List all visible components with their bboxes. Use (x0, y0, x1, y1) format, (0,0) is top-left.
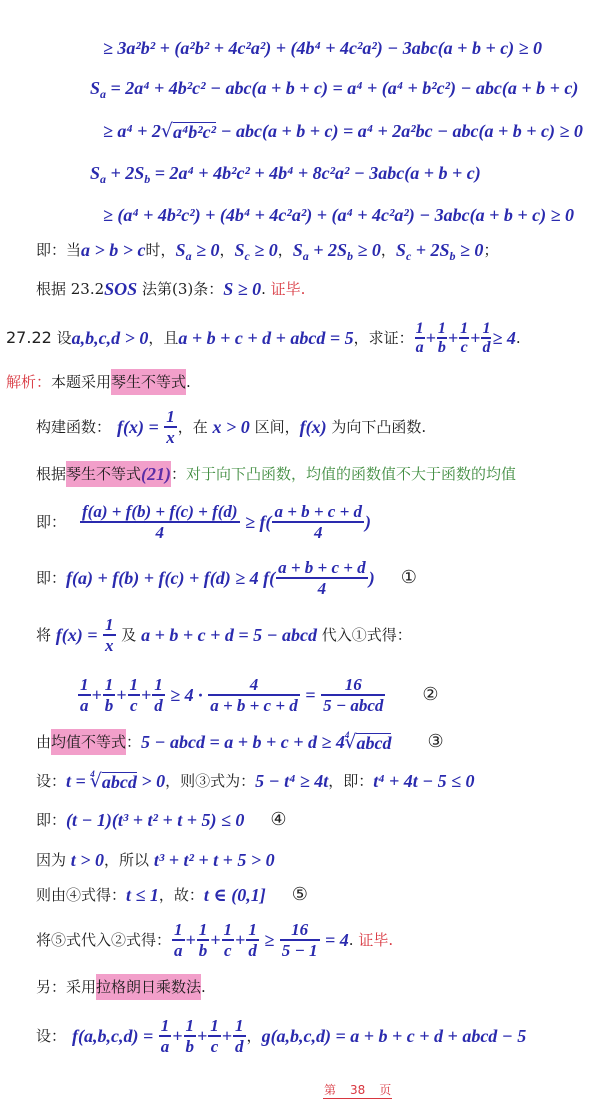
numerator: 16 (343, 676, 364, 693)
math-expression: ) (369, 568, 375, 588)
fourth-root: 4 √ abcd (345, 731, 392, 753)
numerator: 1 (459, 321, 469, 336)
math-expression: f(x) (300, 417, 327, 437)
problem-number: 27.22 (6, 328, 52, 348)
denominator: a + b + c + d (208, 697, 300, 714)
problem-statement: 27.22 设 a,b,c,d > 0 ，且 a + b + c + d + a… (6, 316, 521, 360)
text: 及 (117, 625, 142, 645)
qed-mark: 证毕. (358, 930, 393, 950)
derivation-line-1: ≥ 3a²b² + (a²b² + 4c²a²) + (4b⁴ + 4c²a²)… (103, 26, 542, 70)
operator: + (116, 685, 126, 705)
subscript: c (244, 250, 249, 262)
math-expression: t > 0 (71, 850, 104, 870)
numerator: 1 (103, 676, 116, 693)
highlighted-term: 拉格朗日乘数法 (96, 974, 201, 1000)
math-symbol: S (396, 240, 406, 260)
text: ，故： (159, 885, 204, 905)
derivation-line-2: Sa = 2a⁴ + 4b²c² − abc(a + b + c) = a⁴ +… (90, 66, 578, 110)
math-expression: a + b + c + d + abcd = 5 (178, 328, 353, 348)
term-text: 琴生不等式 (66, 464, 141, 484)
math-expression: a + b + c + d = 5 − abcd (141, 625, 317, 645)
text: 代入①式得： (317, 625, 412, 645)
derivation-line-4: Sa + 2Sb = 2a⁴ + 4b²c² + 4b⁴ + 8c²a² − 3… (90, 151, 481, 195)
text: . (261, 279, 271, 299)
fraction: 1x (103, 616, 116, 653)
fraction: 1b (197, 921, 210, 958)
math-expression: a > b > c (81, 240, 146, 260)
page-number: 38 (350, 1083, 365, 1097)
text: 时， (146, 240, 176, 260)
math-expression: g(a,b,c,d) = a + b + c + d + abcd − 5 (262, 1026, 527, 1046)
conditions-line: 即：当 a > b > c 时， Sa ≥ 0 ， Sc ≥ 0 ， Sa + … (36, 228, 498, 272)
numerator: 1 (103, 616, 116, 633)
fraction: 1a (415, 321, 425, 354)
equation-label: ② (422, 685, 438, 705)
equation-label: ③ (427, 732, 443, 752)
math-symbol: S (234, 240, 244, 260)
numerator: a + b + c + d (276, 559, 368, 576)
math-symbol: S (90, 163, 100, 183)
operator: + (141, 685, 151, 705)
text: 设 (52, 328, 72, 348)
fraction: 1c (222, 921, 235, 958)
denominator: d (481, 340, 491, 355)
numerator: 1 (184, 1017, 197, 1034)
math-expression: t = (66, 771, 90, 791)
equation-1-line: 即： f(a) + f(b) + f(c) + f(d) ≥ 4 f( a + … (36, 556, 417, 600)
math-expression: f(a,b,c,d) = (72, 1026, 158, 1046)
fraction: 1c (208, 1017, 221, 1054)
text: ： (126, 732, 141, 752)
text: 本题采用 (51, 372, 111, 392)
math-expression: f(x) = (56, 625, 102, 645)
substitution-t-line: 设： t = 4 √ abcd > 0 ，则③式为： 5 − t⁴ ≥ 4t ，… (36, 759, 475, 803)
text: 为向下凸函数. (327, 417, 427, 437)
denominator: 5 − 1 (280, 942, 320, 959)
math-expression: f(a) + f(b) + f(c) + f(d) ≥ 4 f( (66, 568, 275, 588)
numerator: 1 (152, 676, 165, 693)
math-expression: x > 0 (213, 417, 250, 437)
math-expression: a,b,c,d > 0 (72, 328, 149, 348)
jensen-form-line: 即： f(a) + f(b) + f(c) + f(d)4 ≥ f( a + b… (36, 500, 371, 544)
text: 另：采用 (36, 977, 96, 997)
text: ，则③式为： (165, 771, 255, 791)
fraction: 1d (246, 921, 259, 958)
text: 则由④式得： (36, 885, 126, 905)
text: 将⑤式代入②式得： (36, 930, 171, 950)
lagrange-setup-line: 设： f(a,b,c,d) = 1a + 1b + 1c + 1d ， g(a,… (36, 1014, 526, 1058)
conclusion-line: 将⑤式代入②式得： 1a + 1b + 1c + 1d ≥ 165 − 1 = … (36, 918, 393, 962)
math-expression: − abc(a + b + c) = a⁴ + 2a²bc − abc(a + … (216, 121, 583, 141)
operator: + (426, 328, 436, 348)
radical-icon: √ (344, 731, 356, 753)
math-expression: = 4 (321, 930, 349, 950)
operator: + (92, 685, 102, 705)
subscript: a (100, 88, 106, 100)
denominator: x (103, 637, 116, 654)
text: 因为 (36, 850, 71, 870)
denominator: x (164, 429, 177, 446)
fraction: 1d (481, 321, 491, 354)
text: ，求证： (354, 328, 414, 348)
denominator: d (152, 697, 165, 714)
fraction: 1b (184, 1017, 197, 1054)
math-expression: t⁴ + 4t − 5 ≤ 0 (373, 771, 474, 791)
denominator: b (103, 697, 116, 714)
text: 设： (36, 1026, 66, 1046)
equation-3-line: 由 均值不等式 ： 5 − abcd = a + b + c + d ≥ 4 4… (36, 720, 444, 764)
numerator: 1 (78, 676, 91, 693)
operator: + (470, 328, 480, 348)
text: 即： (36, 568, 66, 588)
equation-5-line: 则由④式得： t ≤ 1 ，故： t ∈ (0,1] ⑤ (36, 873, 308, 917)
text: 将 (36, 625, 56, 645)
separator: ， (247, 1026, 262, 1046)
denominator: 4 (316, 580, 329, 597)
fraction: 1c (459, 321, 469, 354)
math-expression: t ∈ (0,1] (204, 885, 266, 905)
reference-number: (21) (141, 464, 171, 484)
denominator: b (184, 1038, 197, 1055)
operator: + (448, 328, 458, 348)
qed-mark: 证毕. (271, 279, 306, 299)
highlighted-term: 琴生不等式 (111, 369, 186, 395)
numerator: 1 (164, 408, 177, 425)
fraction: 1a (159, 1017, 172, 1054)
operator: + (210, 930, 220, 950)
equation-2-line: 1a + 1b + 1c + 1d ≥ 4 · 4a + b + c + d =… (77, 673, 439, 717)
math-expression: ≥ 0 (353, 240, 381, 260)
denominator: b (197, 942, 210, 959)
page-footer: 第 38 页 (323, 1083, 392, 1099)
math-expression: ≥ 0 (192, 240, 220, 260)
alternative-method-line: 另：采用 拉格朗日乘数法 . (36, 965, 206, 1009)
denominator: a (159, 1038, 172, 1055)
fraction: 4a + b + c + d (208, 676, 300, 713)
operator: + (186, 930, 196, 950)
denominator: c (460, 340, 469, 355)
subscript: b (144, 173, 150, 185)
math-expression: ≥ f( (241, 512, 272, 532)
math-expression: t ≤ 1 (126, 885, 159, 905)
text: 法第(3)条： (137, 279, 223, 299)
separator: ， (219, 240, 234, 260)
numerator: 1 (233, 1017, 246, 1034)
subscript: a (303, 250, 309, 262)
fraction: a + b + c + d4 (276, 559, 368, 596)
denominator: a (172, 942, 185, 959)
numerator: 1 (481, 321, 491, 336)
numerator: 1 (128, 676, 141, 693)
text: 设： (36, 771, 66, 791)
construct-function-line: 构建函数： f(x) = 1x ，在 x > 0 区间， f(x) 为向下凸函数… (36, 405, 426, 449)
subscript: b (347, 250, 353, 262)
highlighted-term: 琴生不等式(21) (66, 461, 171, 487)
text: . (516, 328, 521, 348)
fraction: 1d (152, 676, 165, 713)
math-expression: > 0 (137, 771, 165, 791)
denominator: d (246, 942, 259, 959)
numerator: 4 (248, 676, 261, 693)
subscript: a (186, 250, 192, 262)
denominator: 4 (154, 524, 167, 541)
fraction: 165 − abcd (321, 676, 385, 713)
numerator: 1 (437, 321, 447, 336)
math-expression: ≥ 4 (492, 328, 515, 348)
math-expression: = 2a⁴ + 4b²c² + 4b⁴ + 8c²a² − 3abc(a + b… (150, 163, 481, 183)
method-name: SOS (104, 279, 137, 299)
denominator: c (209, 1038, 221, 1055)
document-page: ≥ 3a²b² + (a²b² + 4c²a²) + (4b⁴ + 4c²a²)… (0, 0, 601, 1110)
separator: ； (483, 240, 498, 260)
math-expression: ≥ (a⁴ + 4b²c²) + (4b⁴ + 4c²a²) + (a⁴ + 4… (103, 205, 574, 225)
text: . (186, 372, 191, 392)
denominator: c (128, 697, 140, 714)
denominator: b (437, 340, 447, 355)
page-prefix: 第 (324, 1083, 336, 1097)
denominator: 5 − abcd (321, 697, 385, 714)
operator: + (235, 930, 245, 950)
jensen-reference-line: 根据 琴生不等式(21) ： 对于向下凸函数，均值的函数值不大于函数的均值 (36, 452, 516, 496)
fraction: 1b (103, 676, 116, 713)
fraction: 1c (128, 676, 141, 713)
fraction: 1b (437, 321, 447, 354)
square-root: √ a⁴b²c² (161, 120, 216, 142)
equation-label: ① (401, 568, 417, 588)
math-expression: ≥ (260, 930, 279, 950)
equation-label: ④ (270, 810, 286, 830)
subscript: b (450, 250, 456, 262)
text: 根据 23.2 (36, 279, 104, 299)
text: . (201, 977, 206, 997)
derivation-line-3: ≥ a⁴ + 2 √ a⁴b²c² − abc(a + b + c) = a⁴ … (103, 109, 583, 153)
radicand: abcd (102, 772, 137, 792)
math-expression: ) (365, 512, 371, 532)
subscript: c (406, 250, 411, 262)
radical-icon: √ (90, 770, 102, 792)
equation-label: ⑤ (292, 885, 308, 905)
math-expression: = 2a⁴ + 4b²c² − abc(a + b + c) = a⁴ + (a… (106, 78, 578, 98)
math-symbol: S (293, 240, 303, 260)
subscript: a (100, 173, 106, 185)
denominator: 4 (312, 524, 325, 541)
text: ，且 (148, 328, 178, 348)
math-expression: 5 − abcd = a + b + c + d ≥ 4 (141, 732, 345, 752)
highlighted-term: 均值不等式 (51, 729, 126, 755)
text: ，在 (178, 417, 213, 437)
fraction: a + b + c + d4 (272, 503, 364, 540)
operator: = (301, 685, 320, 705)
text: 即： (36, 512, 66, 532)
operator: + (197, 1026, 207, 1046)
math-expression: + 2S (309, 240, 347, 260)
math-expression: + 2S (106, 163, 144, 183)
theorem-statement: 对于向下凸函数，均值的函数值不大于函数的均值 (186, 464, 516, 484)
analysis-intro: 解析： 本题采用 琴生不等式 . (6, 360, 191, 404)
text: 即： (36, 810, 66, 830)
text: ，所以 (104, 850, 154, 870)
fraction: 1a (172, 921, 185, 958)
math-expression: t³ + t² + t + 5 > 0 (154, 850, 275, 870)
math-expression: ≥ 0 (250, 240, 278, 260)
math-expression: + 2S (411, 240, 449, 260)
operator: + (172, 1026, 182, 1046)
page-suffix: 页 (379, 1083, 391, 1097)
numerator: 1 (415, 321, 425, 336)
radicand: abcd (356, 733, 391, 753)
fraction: 1d (233, 1017, 246, 1054)
math-expression: ≥ 0 (456, 240, 484, 260)
denominator: a (415, 340, 425, 355)
numerator: f(a) + f(b) + f(c) + f(d) (80, 503, 240, 520)
numerator: 1 (197, 921, 210, 938)
numerator: a + b + c + d (272, 503, 364, 520)
text: ，即： (328, 771, 373, 791)
radical-icon: √ (161, 120, 173, 142)
math-symbol: S (90, 78, 100, 98)
operator: + (222, 1026, 232, 1046)
analysis-label: 解析： (6, 372, 51, 392)
numerator: 1 (208, 1017, 221, 1034)
math-expression: ≥ 3a²b² + (a²b² + 4c²a²) + (4b⁴ + 4c²a²)… (103, 38, 542, 58)
separator: ， (381, 240, 396, 260)
denominator: a (78, 697, 91, 714)
text: 构建函数： (36, 417, 111, 437)
math-expression: (t − 1)(t³ + t² + t + 5) ≤ 0 (66, 810, 244, 830)
numerator: 16 (289, 921, 310, 938)
text: 根据 (36, 464, 66, 484)
text: 区间， (250, 417, 300, 437)
text: ： (171, 464, 186, 484)
math-expression: f(x) = (117, 417, 163, 437)
equation-4-line: 即： (t − 1)(t³ + t² + t + 5) ≤ 0 ④ (36, 798, 287, 842)
separator: ， (278, 240, 293, 260)
math-expression: ≥ a⁴ + 2 (103, 121, 161, 141)
denominator: c (222, 942, 234, 959)
denominator: d (233, 1038, 246, 1055)
sos-conclusion-line: 根据 23.2 SOS 法第(3)条： S ≥ 0 . 证毕. (36, 267, 305, 311)
text: 即：当 (36, 240, 81, 260)
numerator: 1 (172, 921, 185, 938)
numerator: 1 (246, 921, 259, 938)
math-expression: S ≥ 0 (223, 279, 261, 299)
fraction: 1a (78, 676, 91, 713)
numerator: 1 (222, 921, 235, 938)
substitution-line: 将 f(x) = 1x 及 a + b + c + d = 5 − abcd 代… (36, 613, 412, 657)
text: 由 (36, 732, 51, 752)
fraction: f(a) + f(b) + f(c) + f(d)4 (80, 503, 240, 540)
numerator: 1 (159, 1017, 172, 1034)
text: . (349, 930, 359, 950)
fourth-root: 4 √ abcd (90, 770, 137, 792)
math-expression: 5 − t⁴ ≥ 4t (255, 771, 328, 791)
fraction: 1x (164, 408, 177, 445)
radicand: a⁴b²c² (173, 122, 216, 142)
math-expression: ≥ 4 · (166, 685, 207, 705)
math-symbol: S (176, 240, 186, 260)
fraction: 165 − 1 (280, 921, 320, 958)
